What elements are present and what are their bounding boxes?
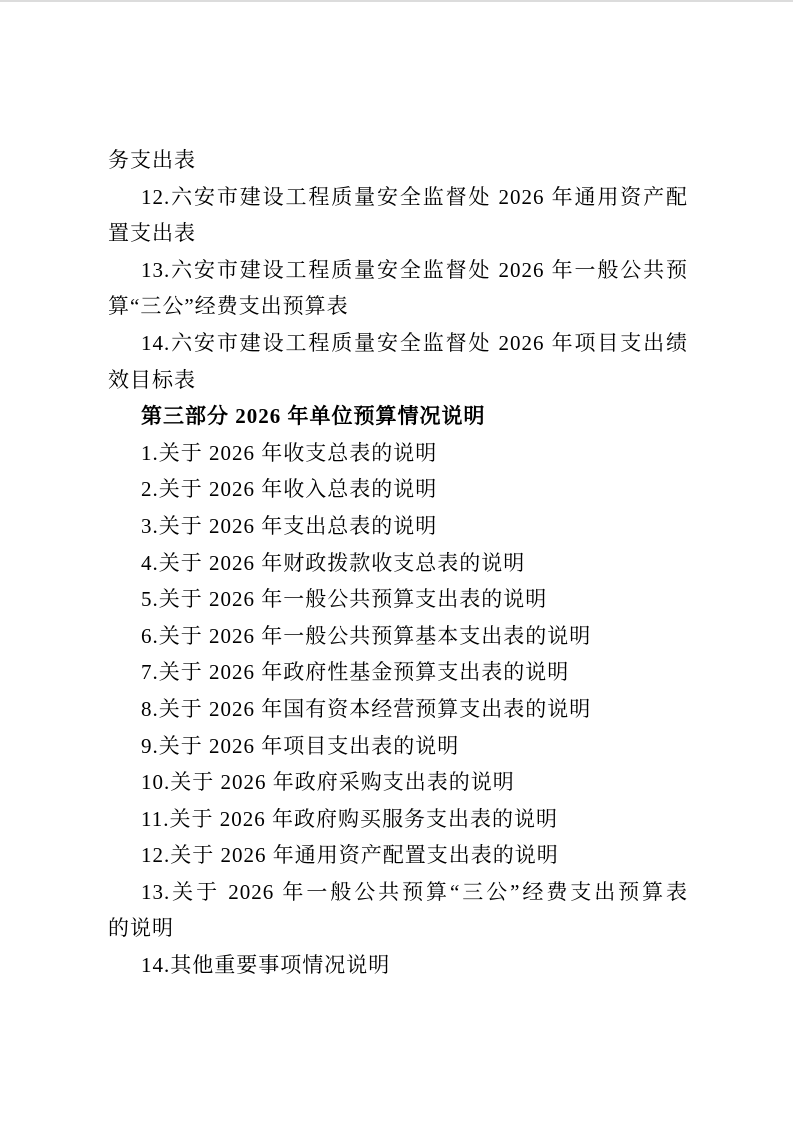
toc-item-note-12: 12.关于 2026 年通用资产配置支出表的说明 <box>108 837 688 874</box>
toc-item-note-10: 10.关于 2026 年政府采购支出表的说明 <box>108 764 688 801</box>
toc-item-note-6: 6.关于 2026 年一般公共预算基本支出表的说明 <box>108 618 688 655</box>
toc-item-note-3: 3.关于 2026 年支出总表的说明 <box>108 508 688 545</box>
toc-item-table-14: 14.六安市建设工程质量安全监督处 2026 年项目支出绩 <box>108 325 688 362</box>
toc-item-note-9: 9.关于 2026 年项目支出表的说明 <box>108 728 688 765</box>
toc-item-note-4: 4.关于 2026 年财政拨款收支总表的说明 <box>108 545 688 582</box>
toc-content: 务支出表 12.六安市建设工程质量安全监督处 2026 年通用资产配 置支出表 … <box>108 142 688 984</box>
toc-item-table-12: 12.六安市建设工程质量安全监督处 2026 年通用资产配 <box>108 179 688 216</box>
toc-item-note-14: 14.其他重要事项情况说明 <box>108 947 688 984</box>
toc-item-note-5: 5.关于 2026 年一般公共预算支出表的说明 <box>108 581 688 618</box>
toc-item-note-13: 13.关于 2026 年一般公共预算“三公”经费支出预算表 <box>108 874 688 911</box>
toc-item-note-11: 11.关于 2026 年政府购买服务支出表的说明 <box>108 801 688 838</box>
toc-item-note-8: 8.关于 2026 年国有资本经营预算支出表的说明 <box>108 691 688 728</box>
toc-item-note-7: 7.关于 2026 年政府性基金预算支出表的说明 <box>108 654 688 691</box>
toc-wrap-line: 算“三公”经费支出预算表 <box>108 288 688 325</box>
document-page: 务支出表 12.六安市建设工程质量安全监督处 2026 年通用资产配 置支出表 … <box>0 0 793 1122</box>
section-heading-part3: 第三部分 2026 年单位预算情况说明 <box>108 398 688 435</box>
toc-item-note-2: 2.关于 2026 年收入总表的说明 <box>108 471 688 508</box>
toc-wrap-line: 效目标表 <box>108 362 688 399</box>
toc-item-note-1: 1.关于 2026 年收支总表的说明 <box>108 435 688 472</box>
toc-wrap-line: 的说明 <box>108 910 688 947</box>
toc-wrap-line: 务支出表 <box>108 142 688 179</box>
toc-wrap-line: 置支出表 <box>108 215 688 252</box>
toc-item-table-13: 13.六安市建设工程质量安全监督处 2026 年一般公共预 <box>108 252 688 289</box>
